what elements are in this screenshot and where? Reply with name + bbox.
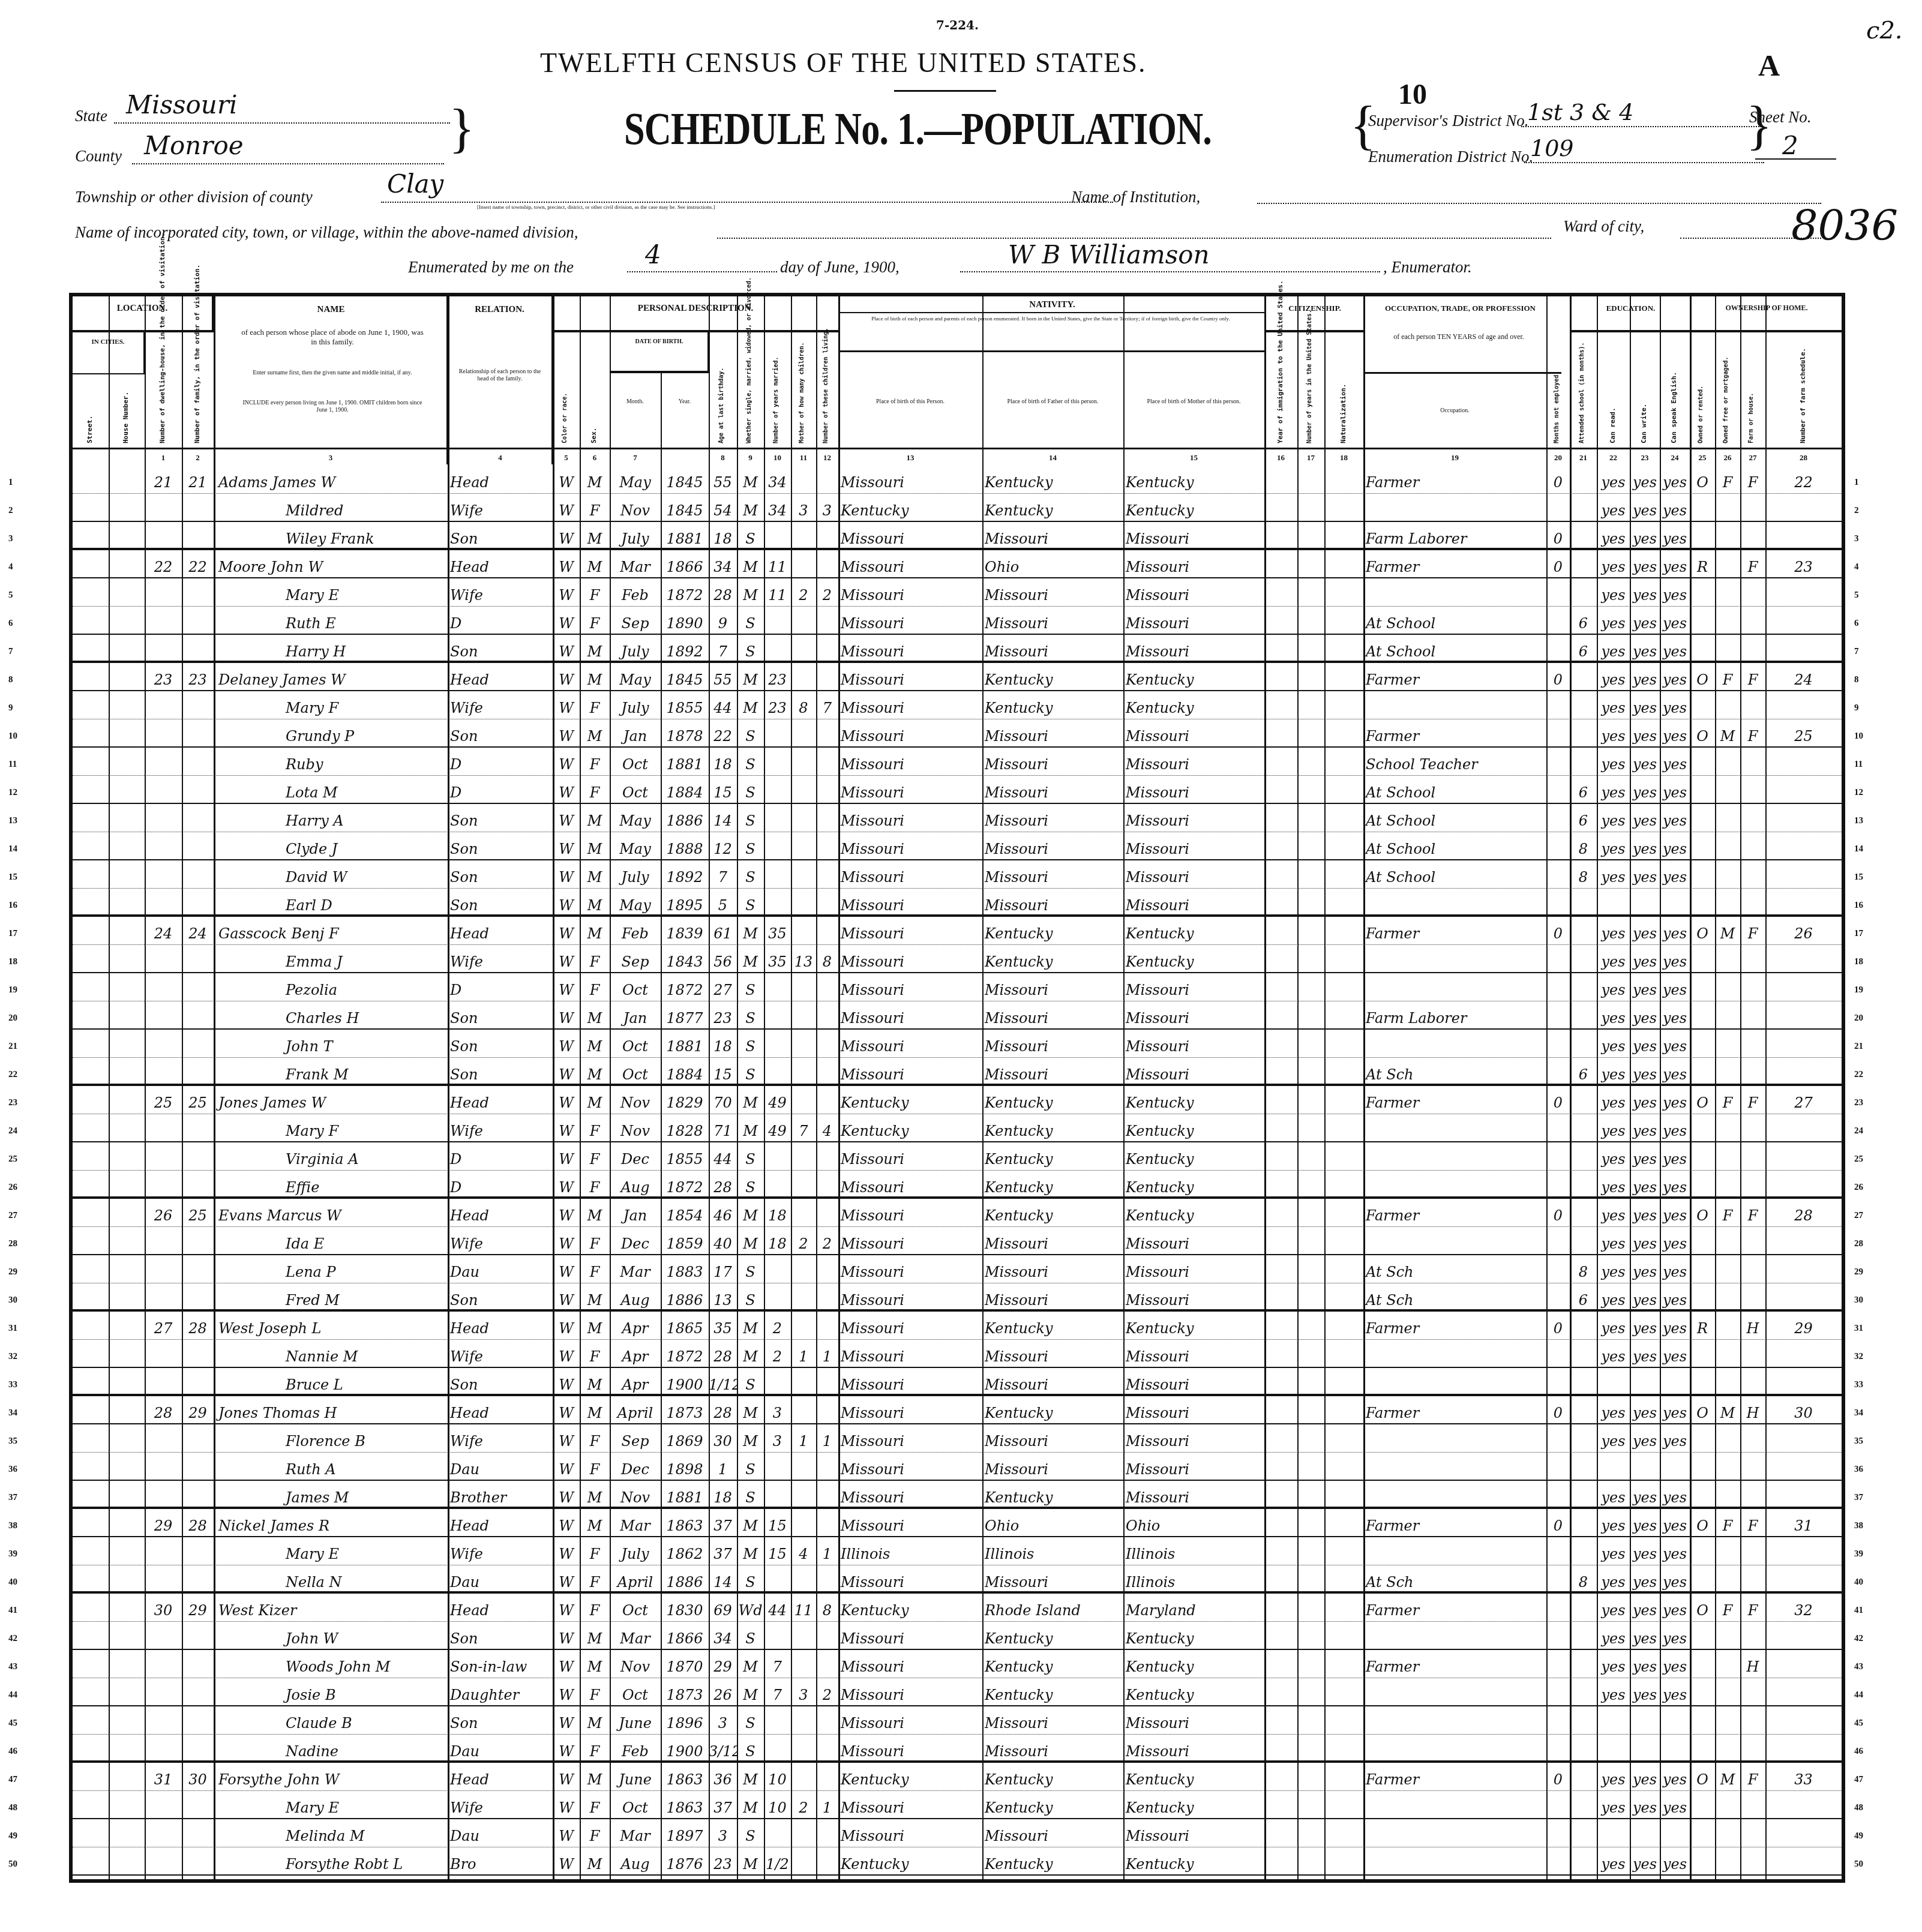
- cell-occupation: At School: [1363, 860, 1546, 889]
- cell-living: 7: [816, 691, 838, 719]
- cell-farm-sched: [1765, 1650, 1842, 1678]
- cell-living: [816, 1312, 838, 1340]
- cell-mother: Missouri: [1123, 1340, 1264, 1368]
- cell-free: M: [1715, 1763, 1740, 1791]
- cell-sex: M: [580, 832, 610, 860]
- cell-year: 1872: [661, 973, 709, 1001]
- cell-name: Forsythe Robt L: [214, 1847, 448, 1876]
- cell-color: W: [553, 1142, 580, 1171]
- cell-occupation: [1363, 1114, 1546, 1142]
- cell-birth: Kentucky: [838, 1594, 982, 1622]
- cell-sex: F: [580, 1735, 610, 1763]
- cell-birth: Missouri: [838, 1509, 982, 1537]
- sheet-field[interactable]: 2: [1755, 133, 1836, 160]
- cell-name: Moore John W: [214, 550, 448, 578]
- cell-farm-sched: [1765, 1001, 1842, 1030]
- cell-free: [1715, 1537, 1740, 1565]
- column-header-can-read: Can read.: [1609, 338, 1617, 443]
- table-row: David WSonWMJuly18927SMissouriMissouriMi…: [73, 860, 1842, 889]
- cell-owned: [1690, 1622, 1715, 1650]
- cell-living: 3: [816, 494, 838, 522]
- cell-month: Sep: [610, 607, 661, 635]
- cell-write: yes: [1630, 860, 1660, 889]
- cell-mother: Missouri: [1123, 804, 1264, 832]
- cell-father: Kentucky: [982, 1791, 1123, 1819]
- cell-write: yes: [1630, 804, 1660, 832]
- cell-mother: Kentucky: [1123, 1312, 1264, 1340]
- cell-father: Kentucky: [982, 1678, 1123, 1706]
- cell-years-married: 23: [764, 663, 791, 691]
- cell-not-employed: [1546, 607, 1570, 635]
- cell-english: yes: [1660, 466, 1690, 494]
- cell-occupation: [1363, 1368, 1546, 1396]
- cell-father: Kentucky: [982, 1142, 1123, 1171]
- cell-read: yes: [1597, 1114, 1630, 1142]
- cell-dwelling: 24: [145, 917, 182, 945]
- cell-color: W: [553, 973, 580, 1001]
- cell-farm: [1740, 1058, 1765, 1086]
- cell-school: [1570, 1142, 1597, 1171]
- column-header-months-not-employed: Months not employed.: [1554, 338, 1560, 443]
- line-number-left: 11: [8, 760, 17, 770]
- column-header-year: Year.: [664, 398, 705, 406]
- cell-month: Mar: [610, 550, 661, 578]
- cell-sex: F: [580, 691, 610, 719]
- cell-dwelling: [145, 776, 182, 804]
- cell-father: Kentucky: [982, 1622, 1123, 1650]
- cell-age: 37: [709, 1791, 737, 1819]
- county-field[interactable]: Monroe: [132, 131, 444, 164]
- cell-occupation: Farmer: [1363, 550, 1546, 578]
- cell-mother-of: 2: [791, 578, 816, 607]
- cell-birth: Missouri: [838, 578, 982, 607]
- cell-family: [182, 1171, 214, 1199]
- cell-years-married: [764, 776, 791, 804]
- cell-mother: Kentucky: [1123, 1199, 1264, 1227]
- line-number-left: 12: [8, 788, 17, 798]
- cell-father: Missouri: [982, 1453, 1123, 1481]
- cell-living: 4: [816, 1114, 838, 1142]
- cell-english: yes: [1660, 748, 1690, 776]
- cell-color: W: [553, 1453, 580, 1481]
- enumerator-field[interactable]: W B Williamson: [960, 242, 1380, 272]
- cell-birth: Missouri: [838, 776, 982, 804]
- cell-years-married: [764, 748, 791, 776]
- cell-marital: M: [737, 578, 764, 607]
- cell-owned: [1690, 1340, 1715, 1368]
- cell-occupation: [1363, 1678, 1546, 1706]
- table-row: Charles HSonWMJan187723SMissouriMissouri…: [73, 1001, 1842, 1030]
- cell-name: Forsythe John W: [214, 1763, 448, 1791]
- cell-write: [1630, 889, 1660, 917]
- cell-marital: S: [737, 1735, 764, 1763]
- line-number: 32: [1854, 1352, 1863, 1362]
- cell-not-employed: 0: [1546, 1509, 1570, 1537]
- cell-month: Oct: [610, 1030, 661, 1058]
- cell-farm-sched: 29: [1765, 1312, 1842, 1340]
- cell-color: W: [553, 1086, 580, 1114]
- cell-occupation: [1363, 1735, 1546, 1763]
- cell-free: [1715, 1114, 1740, 1142]
- cell-color: W: [553, 607, 580, 635]
- cell-relation: Head: [448, 1594, 553, 1622]
- cell-mother: Missouri: [1123, 1227, 1264, 1255]
- cell-farm-sched: 26: [1765, 917, 1842, 945]
- line-number: 10: [1854, 731, 1863, 742]
- cell-mother-of: [791, 719, 816, 748]
- cell-not-employed: 0: [1546, 1086, 1570, 1114]
- cell-english: yes: [1660, 1509, 1690, 1537]
- line-number: 7: [1854, 647, 1859, 657]
- cell-school: [1570, 1424, 1597, 1453]
- cell-father: Ohio: [982, 1509, 1123, 1537]
- cell-mother-of: [791, 1847, 816, 1876]
- cell-name: Mary F: [214, 691, 448, 719]
- cell-dwelling: 29: [145, 1509, 182, 1537]
- cell-english: yes: [1660, 1622, 1690, 1650]
- cell-dwelling: [145, 635, 182, 663]
- table-row: James MBrotherWMNov188118SMissouriKentuc…: [73, 1481, 1842, 1509]
- cell-occupation: Farmer: [1363, 1594, 1546, 1622]
- cell-occupation: [1363, 1481, 1546, 1509]
- cell-sex: F: [580, 1537, 610, 1565]
- cell-free: M: [1715, 719, 1740, 748]
- cell-marital: M: [737, 663, 764, 691]
- line-number: 27: [1854, 1211, 1863, 1221]
- cell-sex: F: [580, 578, 610, 607]
- cell-relation: Head: [448, 663, 553, 691]
- ward-label: Ward of city,: [1563, 217, 1644, 236]
- cell-family: [182, 945, 214, 973]
- cell-farm-sched: [1765, 607, 1842, 635]
- cell-father: Missouri: [982, 1819, 1123, 1847]
- cell-year: 1872: [661, 1171, 709, 1199]
- cell-birth: Missouri: [838, 691, 982, 719]
- cell-relation: Son: [448, 719, 553, 748]
- cell-marital: M: [737, 1396, 764, 1424]
- line-number-left: 6: [8, 619, 13, 629]
- cell-sex: M: [580, 1086, 610, 1114]
- cell-sex: M: [580, 1199, 610, 1227]
- name-instruction-2: INCLUDE every person living on June 1, 1…: [239, 400, 425, 414]
- cell-farm: [1740, 607, 1765, 635]
- line-number-left: 28: [8, 1239, 17, 1249]
- cell-living: 1: [816, 1340, 838, 1368]
- table-row: Clyde JSonWMMay188812SMissouriMissouriMi…: [73, 832, 1842, 860]
- cell-school: 8: [1570, 832, 1597, 860]
- city-field[interactable]: [717, 221, 1551, 239]
- enumeration-field[interactable]: 109: [1524, 138, 1764, 163]
- cell-read: yes: [1597, 719, 1630, 748]
- cell-sex: M: [580, 804, 610, 832]
- cell-mother-of: 1: [791, 1424, 816, 1453]
- cell-sex: F: [580, 748, 610, 776]
- cell-marital: S: [737, 748, 764, 776]
- cell-year: 1881: [661, 748, 709, 776]
- cell-read: yes: [1597, 578, 1630, 607]
- cell-farm-sched: [1765, 522, 1842, 550]
- cell-english: [1660, 1735, 1690, 1763]
- cell-father: Missouri: [982, 889, 1123, 917]
- cell-year: 1845: [661, 466, 709, 494]
- cell-years-married: 3: [764, 1424, 791, 1453]
- cell-marital: S: [737, 1255, 764, 1283]
- cell-read: yes: [1597, 1171, 1630, 1199]
- cell-month: Mar: [610, 1819, 661, 1847]
- cell-free: [1715, 748, 1740, 776]
- cell-write: [1630, 1368, 1660, 1396]
- cell-mother-of: [791, 1735, 816, 1763]
- cell-years-married: [764, 635, 791, 663]
- cell-farm-sched: [1765, 860, 1842, 889]
- cell-name: Nella N: [214, 1565, 448, 1594]
- table-row: Forsythe Robt LBroWMAug187623M1/2Kentuck…: [73, 1847, 1842, 1876]
- cell-sex: M: [580, 889, 610, 917]
- cell-relation: Dau: [448, 1735, 553, 1763]
- column-header-whether-single-married-widowed: Whether single, married, widowed, or div…: [746, 338, 752, 443]
- cell-owned: [1690, 1058, 1715, 1086]
- cell-farm-sched: [1765, 1678, 1842, 1706]
- supervisor-field[interactable]: 1st 3 & 4: [1521, 102, 1761, 127]
- cell-mother: Missouri: [1123, 635, 1264, 663]
- cell-family: [182, 1706, 214, 1735]
- cell-free: [1715, 1735, 1740, 1763]
- cell-sex: F: [580, 945, 610, 973]
- cell-write: yes: [1630, 1340, 1660, 1368]
- cell-english: yes: [1660, 832, 1690, 860]
- cell-birth: Missouri: [838, 1819, 982, 1847]
- line-number-left: 48: [8, 1803, 17, 1813]
- cell-sex: F: [580, 607, 610, 635]
- cell-mother-of: [791, 1396, 816, 1424]
- cell-not-employed: [1546, 1481, 1570, 1509]
- cell-mother: Kentucky: [1123, 1847, 1264, 1876]
- cell-mother-of: [791, 1565, 816, 1594]
- institution-field[interactable]: [1257, 186, 1821, 204]
- cell-color: W: [553, 1650, 580, 1678]
- cell-birth: Missouri: [838, 1368, 982, 1396]
- cell-relation: D: [448, 1171, 553, 1199]
- cell-color: W: [553, 578, 580, 607]
- cell-family: [182, 1735, 214, 1763]
- cell-mother: Missouri: [1123, 1283, 1264, 1312]
- cell-read: [1597, 1735, 1630, 1763]
- state-field[interactable]: Missouri: [114, 90, 450, 124]
- line-number: 21: [1854, 1042, 1863, 1052]
- cell-marital: M: [737, 1199, 764, 1227]
- cell-mother-of: [791, 1763, 816, 1791]
- cell-birth: Illinois: [838, 1537, 982, 1565]
- cell-read: yes: [1597, 550, 1630, 578]
- cell-not-employed: [1546, 776, 1570, 804]
- line-number: 31: [1854, 1324, 1863, 1334]
- column-header-street: Street.: [86, 386, 94, 443]
- cell-farm-sched: [1765, 1142, 1842, 1171]
- cell-name: Ida E: [214, 1227, 448, 1255]
- name-description: of each person whose place of abode on J…: [239, 328, 425, 346]
- cell-not-employed: [1546, 1650, 1570, 1678]
- cell-month: Oct: [610, 1594, 661, 1622]
- cell-farm-sched: [1765, 1340, 1842, 1368]
- relation-heading: RELATION.: [448, 305, 551, 315]
- table-row: 2424Gasscock Benj FHeadWMFeb183961M35Mis…: [73, 917, 1842, 945]
- cell-farm-sched: [1765, 1368, 1842, 1396]
- cell-farm: [1740, 860, 1765, 889]
- cell-age: 37: [709, 1509, 737, 1537]
- line-number: 11: [1854, 760, 1863, 770]
- cell-month: Aug: [610, 1847, 661, 1876]
- cell-family: [182, 719, 214, 748]
- line-number-left: 40: [8, 1577, 17, 1588]
- column-number: 3: [214, 448, 448, 464]
- cell-farm: F: [1740, 1199, 1765, 1227]
- cell-english: yes: [1660, 1340, 1690, 1368]
- line-number-left: 13: [8, 816, 17, 826]
- cell-birth: Missouri: [838, 1481, 982, 1509]
- cell-not-employed: 0: [1546, 1396, 1570, 1424]
- cell-relation: Dau: [448, 1453, 553, 1481]
- cell-free: [1715, 1030, 1740, 1058]
- cell-occupation: [1363, 1819, 1546, 1847]
- cell-month: Nov: [610, 1086, 661, 1114]
- cell-school: [1570, 1735, 1597, 1763]
- cell-not-employed: 0: [1546, 917, 1570, 945]
- cell-read: yes: [1597, 1763, 1630, 1791]
- cell-living: [816, 1171, 838, 1199]
- cell-living: [816, 607, 838, 635]
- cell-owned: [1690, 1481, 1715, 1509]
- cell-month: Nov: [610, 1481, 661, 1509]
- cell-read: yes: [1597, 522, 1630, 550]
- cell-relation: D: [448, 607, 553, 635]
- cell-mother: Kentucky: [1123, 691, 1264, 719]
- cell-color: W: [553, 748, 580, 776]
- cell-years-married: [764, 1001, 791, 1030]
- cell-living: [816, 1509, 838, 1537]
- cell-color: W: [553, 466, 580, 494]
- line-number: 3: [1854, 534, 1859, 544]
- cell-free: [1715, 635, 1740, 663]
- cell-family: [182, 889, 214, 917]
- cell-birth: Missouri: [838, 832, 982, 860]
- cell-english: yes: [1660, 1199, 1690, 1227]
- cell-relation: Head: [448, 917, 553, 945]
- cell-english: yes: [1660, 1255, 1690, 1283]
- cell-farm: [1740, 1453, 1765, 1481]
- cell-not-employed: [1546, 889, 1570, 917]
- cell-occupation: Farmer: [1363, 663, 1546, 691]
- cell-years-married: 34: [764, 466, 791, 494]
- cell-dwelling: [145, 494, 182, 522]
- cell-farm-sched: [1765, 1622, 1842, 1650]
- column-number: 1: [145, 448, 182, 464]
- cell-name: Harry H: [214, 635, 448, 663]
- cell-english: yes: [1660, 494, 1690, 522]
- cell-marital: M: [737, 945, 764, 973]
- cell-farm-sched: [1765, 1283, 1842, 1312]
- cell-living: [816, 1650, 838, 1678]
- cell-farm-sched: 23: [1765, 550, 1842, 578]
- cell-relation: Daughter: [448, 1678, 553, 1706]
- cell-father: Missouri: [982, 1030, 1123, 1058]
- cell-not-employed: [1546, 1735, 1570, 1763]
- enumerated-day-field[interactable]: 4: [627, 242, 777, 272]
- cell-sex: M: [580, 1001, 610, 1030]
- cell-farm: [1740, 1030, 1765, 1058]
- cell-farm-sched: 25: [1765, 719, 1842, 748]
- township-field[interactable]: Clay: [381, 172, 1113, 203]
- cell-farm: [1740, 1142, 1765, 1171]
- cell-years-married: [764, 1142, 791, 1171]
- line-number: 24: [1854, 1126, 1863, 1136]
- cell-occupation: [1363, 1227, 1546, 1255]
- line-number: 16: [1854, 901, 1863, 911]
- cell-marital: M: [737, 550, 764, 578]
- cell-read: yes: [1597, 1537, 1630, 1565]
- cell-father: Kentucky: [982, 917, 1123, 945]
- cell-year: 1829: [661, 1086, 709, 1114]
- cell-write: yes: [1630, 635, 1660, 663]
- cell-sex: M: [580, 1763, 610, 1791]
- cell-english: yes: [1660, 719, 1690, 748]
- cell-year: 1895: [661, 889, 709, 917]
- cell-free: [1715, 889, 1740, 917]
- cell-sex: M: [580, 1283, 610, 1312]
- cell-age: 3: [709, 1819, 737, 1847]
- cell-father: Missouri: [982, 1368, 1123, 1396]
- table-row: Virginia ADWFDec185544SMissouriKentuckyK…: [73, 1142, 1842, 1171]
- cell-relation: Son: [448, 1368, 553, 1396]
- cell-family: 25: [182, 1086, 214, 1114]
- cell-read: yes: [1597, 1622, 1630, 1650]
- cell-mother: Ohio: [1123, 1509, 1264, 1537]
- cell-dwelling: [145, 691, 182, 719]
- cell-color: W: [553, 1735, 580, 1763]
- column-number: 9: [737, 448, 764, 464]
- cell-dwelling: [145, 1706, 182, 1735]
- cell-family: 22: [182, 550, 214, 578]
- cell-mother-of: [791, 889, 816, 917]
- cell-family: [182, 1424, 214, 1453]
- cell-father: Missouri: [982, 1735, 1123, 1763]
- cell-mother: Kentucky: [1123, 1171, 1264, 1199]
- cell-mother-of: [791, 1368, 816, 1396]
- line-number: 40: [1854, 1577, 1863, 1588]
- cell-write: yes: [1630, 522, 1660, 550]
- cell-color: W: [553, 1509, 580, 1537]
- cell-year: 1828: [661, 1114, 709, 1142]
- table-row: Wiley FrankSonWMJuly188118SMissouriMisso…: [73, 522, 1842, 550]
- cell-age: 36: [709, 1763, 737, 1791]
- cell-age: 56: [709, 945, 737, 973]
- cell-mother-of: [791, 1255, 816, 1283]
- cell-name: Evans Marcus W: [214, 1199, 448, 1227]
- cell-read: yes: [1597, 860, 1630, 889]
- cell-english: yes: [1660, 1537, 1690, 1565]
- column-number: 18: [1324, 448, 1363, 464]
- cell-years-married: [764, 1622, 791, 1650]
- cell-marital: S: [737, 1706, 764, 1735]
- cell-read: yes: [1597, 1678, 1630, 1706]
- cell-read: yes: [1597, 1340, 1630, 1368]
- cell-color: W: [553, 1114, 580, 1142]
- cell-farm: [1740, 1565, 1765, 1594]
- cell-mother-of: [791, 663, 816, 691]
- cell-marital: S: [737, 832, 764, 860]
- cell-not-employed: [1546, 1142, 1570, 1171]
- cell-occupation: [1363, 1453, 1546, 1481]
- cell-birth: Missouri: [838, 1142, 982, 1171]
